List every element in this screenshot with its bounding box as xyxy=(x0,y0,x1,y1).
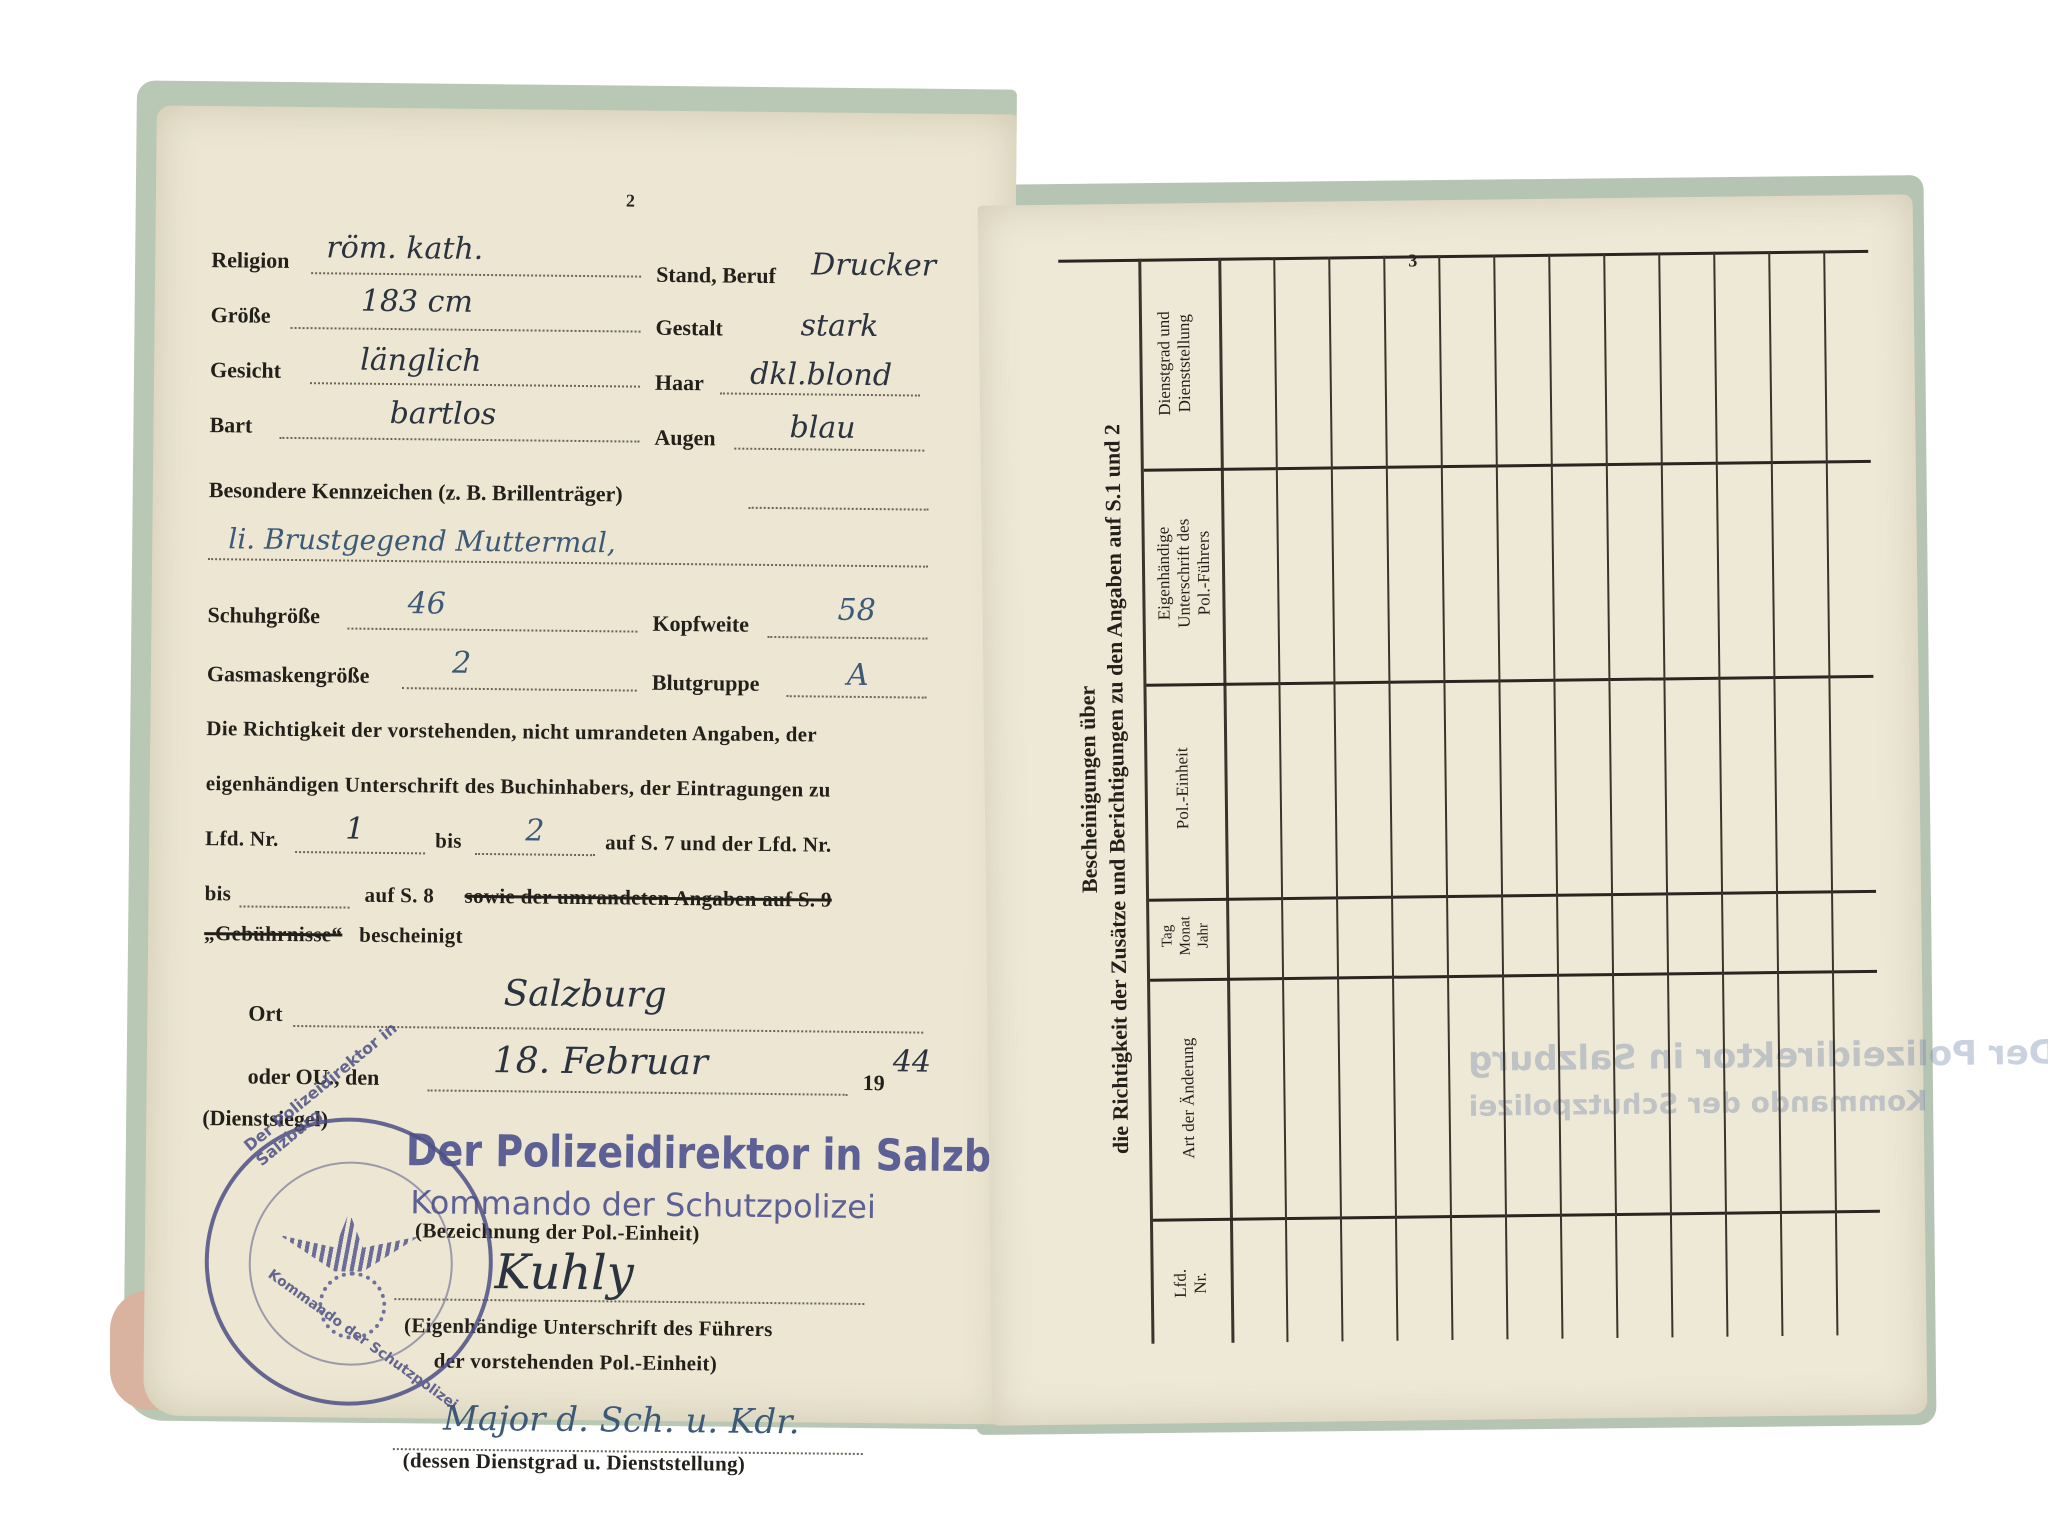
row-gesicht: Gesicht länglich Haar dkl.blond xyxy=(210,351,984,399)
gasmaskengroesse-value: 2 xyxy=(452,646,471,681)
gesicht-dots xyxy=(310,382,640,387)
col-tag: Tag xyxy=(1158,898,1177,973)
col-art-line-1: Art der Änderung xyxy=(1177,983,1200,1213)
col-datum: Tag Monat Jahr xyxy=(1158,898,1213,974)
gestalt-label: Gestalt xyxy=(655,315,722,342)
kennzeichen-dots-2 xyxy=(208,558,928,568)
lfd-nr-to-dots xyxy=(475,853,595,856)
col-unterschrift-line-1: Eigenhändige xyxy=(1153,473,1175,673)
gasmaskengroesse-label: Gasmaskengröße xyxy=(207,661,370,689)
page-number: 2 xyxy=(626,190,635,211)
kopfweite-value: 58 xyxy=(837,593,876,628)
divider-5 xyxy=(1153,1210,1880,1222)
bis-dots-2 xyxy=(239,905,349,908)
grid-line xyxy=(1548,254,1563,1339)
year-suffix: 44 xyxy=(893,1044,932,1079)
row-besondere-kennzeichen: Besondere Kennzeichen (z. B. Brillenträg… xyxy=(209,471,983,519)
rank-value: Major d. Sch. u. Kdr. xyxy=(443,1399,800,1443)
gesicht-label: Gesicht xyxy=(210,357,281,384)
certification-line-1: Die Richtigkeit der vorstehenden, nicht … xyxy=(206,716,817,747)
grid-line xyxy=(1713,252,1728,1337)
gestalt-value: stark xyxy=(800,308,878,344)
col-pol-einheit-line-1: Pol.-Einheit xyxy=(1171,688,1193,888)
besondere-kennzeichen-label: Besondere Kennzeichen (z. B. Brillenträg… xyxy=(209,477,623,507)
grid-line xyxy=(1383,256,1398,1341)
auf-s8-label: auf S. 8 xyxy=(364,883,434,909)
haar-label: Haar xyxy=(655,370,704,397)
certification-line-5: „Gebührnisse“ bescheinigt xyxy=(204,921,924,969)
lfd-nr-label: Lfd. Nr. xyxy=(205,826,279,852)
col-lfd-line-1: Lfd. xyxy=(1170,1228,1191,1338)
blutgruppe-value: A xyxy=(847,658,869,693)
col-jahr: Jahr xyxy=(1194,898,1213,973)
col-unterschrift-line-2: Unterschrift des xyxy=(1173,473,1195,673)
lfd-nr-to-value: 2 xyxy=(525,813,545,848)
rank-caption: (dessen Dienstgrad u. Dienststellung) xyxy=(403,1448,746,1477)
row-besondere-kennzeichen-value: li. Brustgegend Muttermal, xyxy=(208,526,982,574)
groesse-value: 183 cm xyxy=(361,284,473,320)
struck-gebuehrnisse: „Gebührnisse“ xyxy=(204,921,342,947)
grid-line xyxy=(1273,257,1288,1342)
col-dienstgrad-line-1: Dienstgrad und xyxy=(1153,268,1175,458)
augen-dots xyxy=(734,448,924,452)
kennzeichen-dots-1 xyxy=(749,507,929,511)
col-dienstgrad: Dienstgrad und Dienststellung xyxy=(1153,268,1195,458)
bescheinigt-label: bescheinigt xyxy=(359,923,463,949)
kopfweite-label: Kopfweite xyxy=(652,611,749,638)
bart-value: bartlos xyxy=(389,396,496,432)
grid-line xyxy=(1603,253,1618,1338)
open-service-book: 2 Religion röm. kath. Stand, Beruf Druck… xyxy=(0,0,2048,1536)
col-unterschrift: Eigenhändige Unterschrift des Pol.-Führe… xyxy=(1153,473,1215,674)
corrections-table: Bescheinigungen über die Richtigkeit der… xyxy=(1058,250,1881,1345)
date-day-month: 18. Februar xyxy=(493,1040,709,1083)
grid-line xyxy=(1768,251,1783,1336)
lfd-nr-from-dots xyxy=(295,851,425,854)
religion-value: röm. kath. xyxy=(326,230,483,267)
signature-caption-2: der vorstehenden Pol.-Einheit) xyxy=(434,1349,718,1377)
row-bart: Bart bartlos Augen blau xyxy=(209,406,983,454)
grid-line xyxy=(1438,255,1453,1340)
row-schuhgroesse: Schuhgröße 46 Kopfweite 58 xyxy=(207,596,981,644)
bis-label-2: bis xyxy=(205,881,232,906)
struck-umrandeten-angaben: sowie der umrandeten Angaben auf S. 9 xyxy=(464,884,831,913)
table-top-border xyxy=(1058,250,1868,263)
divider-4 xyxy=(1150,970,1877,982)
row-gasmaskengroesse: Gasmaskengröße 2 Blutgruppe A xyxy=(207,651,981,699)
schuhgroesse-value: 46 xyxy=(407,586,446,621)
kopfweite-dots xyxy=(767,636,927,640)
stamp-polizeidirektor: Der Polizeidirektor in Salzburg xyxy=(406,1125,1065,1182)
header-separator xyxy=(1218,258,1234,1343)
col-monat: Monat xyxy=(1176,898,1195,973)
table-title: Bescheinigungen über die Richtigkeit der… xyxy=(1068,269,1137,1310)
schuhgroesse-label: Schuhgröße xyxy=(207,602,320,629)
grid-line xyxy=(1493,254,1508,1339)
col-dienstgrad-line-2: Dienststellung xyxy=(1173,268,1195,458)
bis-label-1: bis xyxy=(435,828,462,853)
ort-value: Salzburg xyxy=(503,973,667,1016)
gasmaskengroesse-dots xyxy=(402,687,637,691)
date-dots xyxy=(428,1089,848,1095)
row-groesse: Größe 183 cm Gestalt stark xyxy=(210,296,984,344)
gesicht-value: länglich xyxy=(360,343,482,379)
divider-3 xyxy=(1149,890,1876,902)
religion-dots xyxy=(311,272,641,277)
divider-2 xyxy=(1146,675,1873,687)
certification-line-3: Lfd. Nr. 1 bis 2 auf S. 7 und der Lfd. N… xyxy=(205,826,925,874)
col-art-der-aenderung: Art der Änderung xyxy=(1177,983,1200,1213)
certification-line-2: eigenhändigen Unterschrift des Buchinhab… xyxy=(206,771,831,803)
stand-beruf-value: Drucker xyxy=(811,247,936,283)
title-separator xyxy=(1138,259,1154,1344)
col-pol-einheit: Pol.-Einheit xyxy=(1171,688,1193,888)
groesse-label: Größe xyxy=(211,302,271,329)
bart-dots xyxy=(279,437,639,443)
stand-beruf-label: Stand, Beruf xyxy=(656,262,776,289)
religion-label: Religion xyxy=(211,247,290,274)
besondere-kennzeichen-value: li. Brustgegend Muttermal, xyxy=(228,522,616,559)
bart-label: Bart xyxy=(209,412,252,438)
auf-s7-label: auf S. 7 und der Lfd. Nr. xyxy=(605,830,832,857)
col-lfd-line-2: Nr. xyxy=(1190,1228,1211,1338)
page-3: 3 Der Polizeidirektor in Salzburg Komman… xyxy=(978,194,1928,1425)
augen-value: blau xyxy=(789,410,855,446)
year-prefix: 19 xyxy=(863,1070,885,1096)
blutgruppe-dots xyxy=(787,695,927,698)
page-2: 2 Religion röm. kath. Stand, Beruf Druck… xyxy=(143,106,1017,1425)
haar-value: dkl.blond xyxy=(750,357,892,393)
col-unterschrift-line-3: Pol.-Führers xyxy=(1193,473,1215,673)
schuhgroesse-dots xyxy=(347,628,637,633)
grid-line xyxy=(1823,250,1838,1335)
augen-label: Augen xyxy=(654,425,715,452)
grid-line xyxy=(1658,252,1673,1337)
blutgruppe-label: Blutgruppe xyxy=(652,670,760,697)
lfd-nr-from-value: 1 xyxy=(345,812,365,847)
row-religion: Religion röm. kath. Stand, Beruf Drucker xyxy=(211,241,985,289)
row-ort: Ort Salzburg xyxy=(203,986,977,1034)
divider-1 xyxy=(1144,460,1871,472)
col-lfd-nr: Lfd. Nr. xyxy=(1170,1228,1211,1338)
ort-label: Ort xyxy=(248,1001,282,1027)
groesse-dots xyxy=(291,327,641,333)
commander-signature: Kuhly xyxy=(494,1244,634,1301)
grid-line xyxy=(1328,256,1343,1341)
